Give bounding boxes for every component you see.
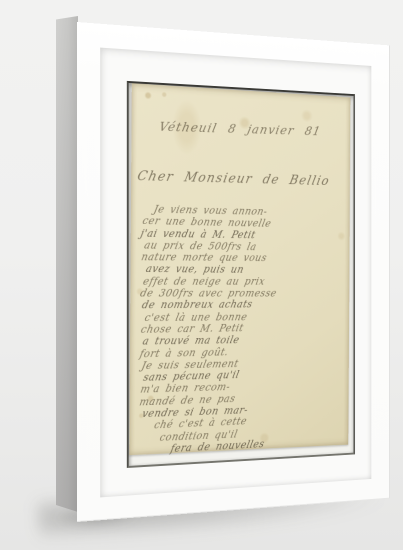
- letter-body: Je viens vous annon- cer une bonne nouve…: [138, 204, 347, 457]
- photo-of-framed-letter: Vétheuil 8 janvier 81 Cher Monsieur de B…: [0, 0, 403, 550]
- letter-line: de nombreux achats: [141, 299, 350, 312]
- letter-salutation: Cher Monsieur de Bellio: [136, 168, 331, 188]
- mat-board: Vétheuil 8 janvier 81 Cher Monsieur de B…: [100, 48, 371, 498]
- letter-paper: Vétheuil 8 janvier 81 Cher Monsieur de B…: [129, 83, 350, 455]
- frame-side-face: [56, 16, 78, 512]
- letter-line: avez vue, puis un: [145, 264, 350, 277]
- letter-line: effet de neige au prix: [142, 276, 350, 288]
- picture-frame: Vétheuil 8 janvier 81 Cher Monsieur de B…: [77, 22, 390, 522]
- mat-opening: Vétheuil 8 janvier 81 Cher Monsieur de B…: [127, 81, 355, 468]
- letter-heading: Vétheuil 8 janvier 81: [158, 120, 322, 139]
- frame-front-face: Vétheuil 8 janvier 81 Cher Monsieur de B…: [77, 22, 390, 522]
